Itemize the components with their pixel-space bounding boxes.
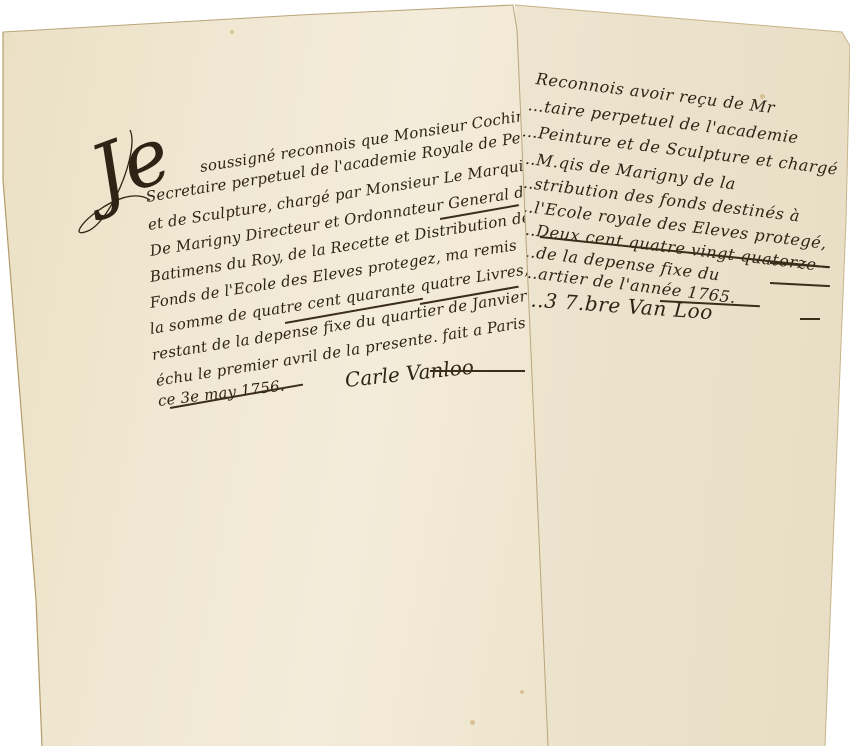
foxing-spot [230,30,234,34]
back-rule-line [770,282,830,287]
back-rule-line [800,318,820,320]
foxing-spot [520,690,524,694]
ink-spot [760,94,765,99]
front-signature: Carle Vanloo [344,355,475,392]
foxing-spot [470,720,475,725]
initial-je: Je [79,109,183,220]
signature-flourish [430,370,525,372]
